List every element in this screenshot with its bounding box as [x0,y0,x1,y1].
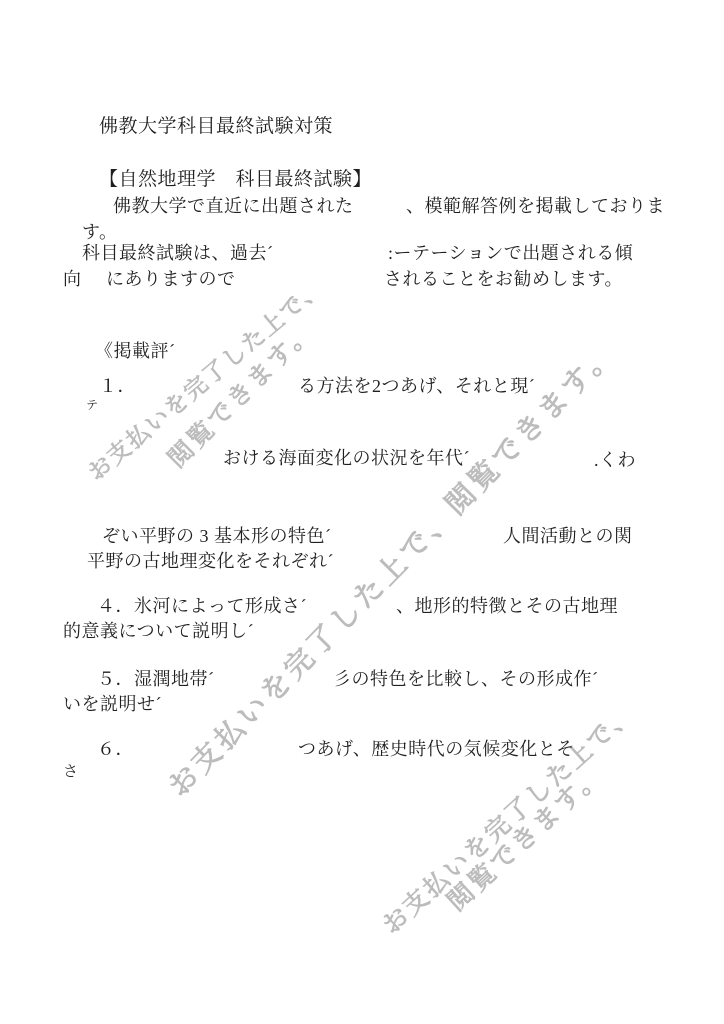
item-2-text: おける海面変化の状況を年代ˊ [223,448,470,470]
item-1-wrap-fragment: テ [86,398,99,412]
item-5-wrap: いを説明せˊ [63,694,162,716]
intro-line-wrap: す。 [82,222,118,244]
item-2-text-right: .くわ [594,450,636,472]
intro-line-right: 、模範解答例を掲載しておりま [406,196,665,218]
item-1-number: １． [99,376,136,398]
item-6-text: つあげ、歴史時代の気候変化とそ [298,739,575,761]
item-1-text: る方法を2つあげ、それと現ˊ [298,376,535,398]
note-line2-b: にありますので [106,269,236,291]
note-line2-a: 向 [63,269,82,291]
item-4-text-left: ４．氷河によって形成さˊ [97,596,307,618]
item-4-wrap: 的意義について説明しˊ [63,621,254,643]
item-5-text-right: 彡の特色を比較し、その形成作ˊ [333,669,599,691]
text-layer: 佛教大学科目最終試験対策 【自然地理学 科目最終試験】 佛教大学で直近に出題され… [0,0,724,1024]
note-line-right: :ーテーションで出題される傾 [388,243,633,265]
page-title: 佛教大学科目最終試験対策 [99,116,333,139]
item-3-text-right: 人間活動との関 [503,526,633,548]
item-3-wrap: 平野の古地理変化をそれぞれˊ [87,551,334,573]
document-page: お支払いを完了した上で、 閲覧できます。 お支払いを完了した上で、閲覧できます。… [0,0,724,1024]
list-header: 《掲載評ˊ [95,341,176,363]
item-4-text-right: 、地形的特徴とその古地理 [396,596,618,618]
intro-line-left: 佛教大学で直近に出題された [113,196,354,218]
note-line2-c: されることをお勧めします。 [384,269,623,291]
note-line-left: 科目最終試験は、過去ˊ [82,243,274,265]
item-6-number: ６． [97,739,134,761]
item-3-text-left: ぞい平野の 3 基本形の特色ˊ [102,526,332,548]
item-6-wrap-fragment: さ [63,763,79,781]
item-5-text-left: ５．湿潤地帯ˊ [97,669,215,691]
section-header: 【自然地理学 科目最終試験】 [99,169,372,192]
